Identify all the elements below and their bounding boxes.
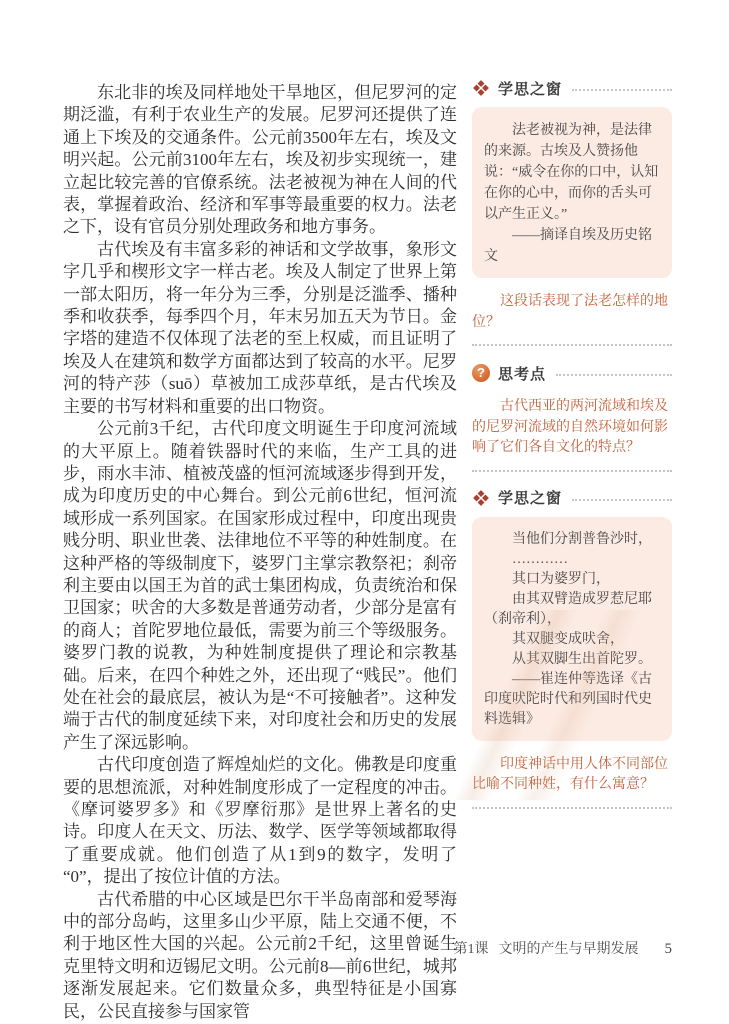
quote-box-purusha-verse: 当他们分割普鲁沙时， ………… 其口为婆罗门， 由其双臂造成罗惹尼耶（刹帝利），… xyxy=(472,517,672,741)
paragraph-india-culture: 古代印度创造了辉煌灿烂的文化。佛教是印度重要的思想流派，对种姓制度形成了一定程度… xyxy=(63,754,457,888)
page-footer: 第1课文明的产生与早期发展5 xyxy=(0,938,672,958)
section-title: 学思之窗 xyxy=(498,78,562,99)
dotted-leader xyxy=(572,499,672,501)
quote-box-pharaoh: 法老被视为神，是法律的来源。古埃及人赞扬他说：“威令在你的口中，认知在你的心中，… xyxy=(472,107,672,278)
section-learning-window-1: 学思之窗 法老被视为神，是法律的来源。古埃及人赞扬他说：“威令在你的口中，认知在… xyxy=(472,78,672,346)
verse-line: ………… xyxy=(484,550,660,570)
section-header: ? 思考点 xyxy=(472,363,672,383)
quote-attribution: ——崔连仲等选译《古印度吠陀时代和列国时代史料选辑》 xyxy=(484,670,660,730)
lattice-window-icon xyxy=(472,79,490,97)
section-think-point: ? 思考点 古代西亚的两河流域和埃及的尼罗河流域的自然环境如何影响了它们各自文化… xyxy=(472,363,672,472)
quote-text: 法老被视为神，是法律的来源。古埃及人赞扬他说：“威令在你的口中，认知在你的心中，… xyxy=(484,120,660,225)
dotted-divider xyxy=(472,807,672,809)
question-mark-icon: ? xyxy=(472,364,490,382)
paragraph-egypt-geography: 东北非的埃及同样地处干旱地区，但尼罗河的定期泛滥，有利于农业生产的发展。尼罗河还… xyxy=(63,82,457,239)
quote-attribution: ——摘译自埃及历史铭文 xyxy=(484,225,660,267)
think-point-question: 古代西亚的两河流域和埃及的尼罗河流域的自然环境如何影响了它们各自文化的特点？ xyxy=(472,397,672,459)
section-header: 学思之窗 xyxy=(472,488,672,508)
window2-question: 印度神话中用人体不同部位比喻不同种姓，有什么寓意？ xyxy=(472,755,672,796)
verse-line: 由其双臂造成罗惹尼耶（刹帝利）， xyxy=(484,590,660,630)
section-header: 学思之窗 xyxy=(472,78,672,98)
window1-question: 这段话表现了法老怎样的地位？ xyxy=(472,292,672,333)
dotted-leader xyxy=(556,374,672,376)
textbook-page: 东北非的埃及同样地处干旱地区，但尼罗河的定期泛滥，有利于农业生产的发展。尼罗河还… xyxy=(0,0,729,1024)
dotted-divider xyxy=(472,344,672,346)
section-title: 学思之窗 xyxy=(498,487,562,508)
verse-line: 其口为婆罗门， xyxy=(484,570,660,590)
verse-line: 从其双脚生出首陀罗。 xyxy=(484,650,660,670)
verse-line: 其双腿变成吠舍， xyxy=(484,630,660,650)
dotted-divider xyxy=(472,470,672,472)
sidebar: 学思之窗 法老被视为神，是法律的来源。古埃及人赞扬他说：“威令在你的口中，认知在… xyxy=(472,78,672,826)
footer-lesson-number: 第1课 xyxy=(454,942,489,957)
footer-page-number: 5 xyxy=(665,941,673,957)
main-text-column: 东北非的埃及同样地处干旱地区，但尼罗河的定期泛滥，有利于农业生产的发展。尼罗河还… xyxy=(63,82,457,1023)
paragraph-india-caste: 公元前3千纪，古代印度文明诞生于印度河流域的大平原上。随着铁器时代的来临，生产工… xyxy=(63,418,457,754)
verse-line: 当他们分割普鲁沙时， xyxy=(484,530,660,550)
dotted-leader xyxy=(572,89,672,91)
lattice-window-icon xyxy=(472,489,490,507)
section-title: 思考点 xyxy=(498,363,546,384)
footer-lesson-title: 文明的产生与早期发展 xyxy=(499,942,639,957)
paragraph-egypt-culture: 古代埃及有丰富多彩的神话和文学故事，象形文字几乎和楔形文字一样古老。埃及人制定了… xyxy=(63,239,457,418)
section-learning-window-2: 学思之窗 当他们分割普鲁沙时， ………… 其口为婆罗门， 由其双臂造成罗惹尼耶（… xyxy=(472,488,672,809)
